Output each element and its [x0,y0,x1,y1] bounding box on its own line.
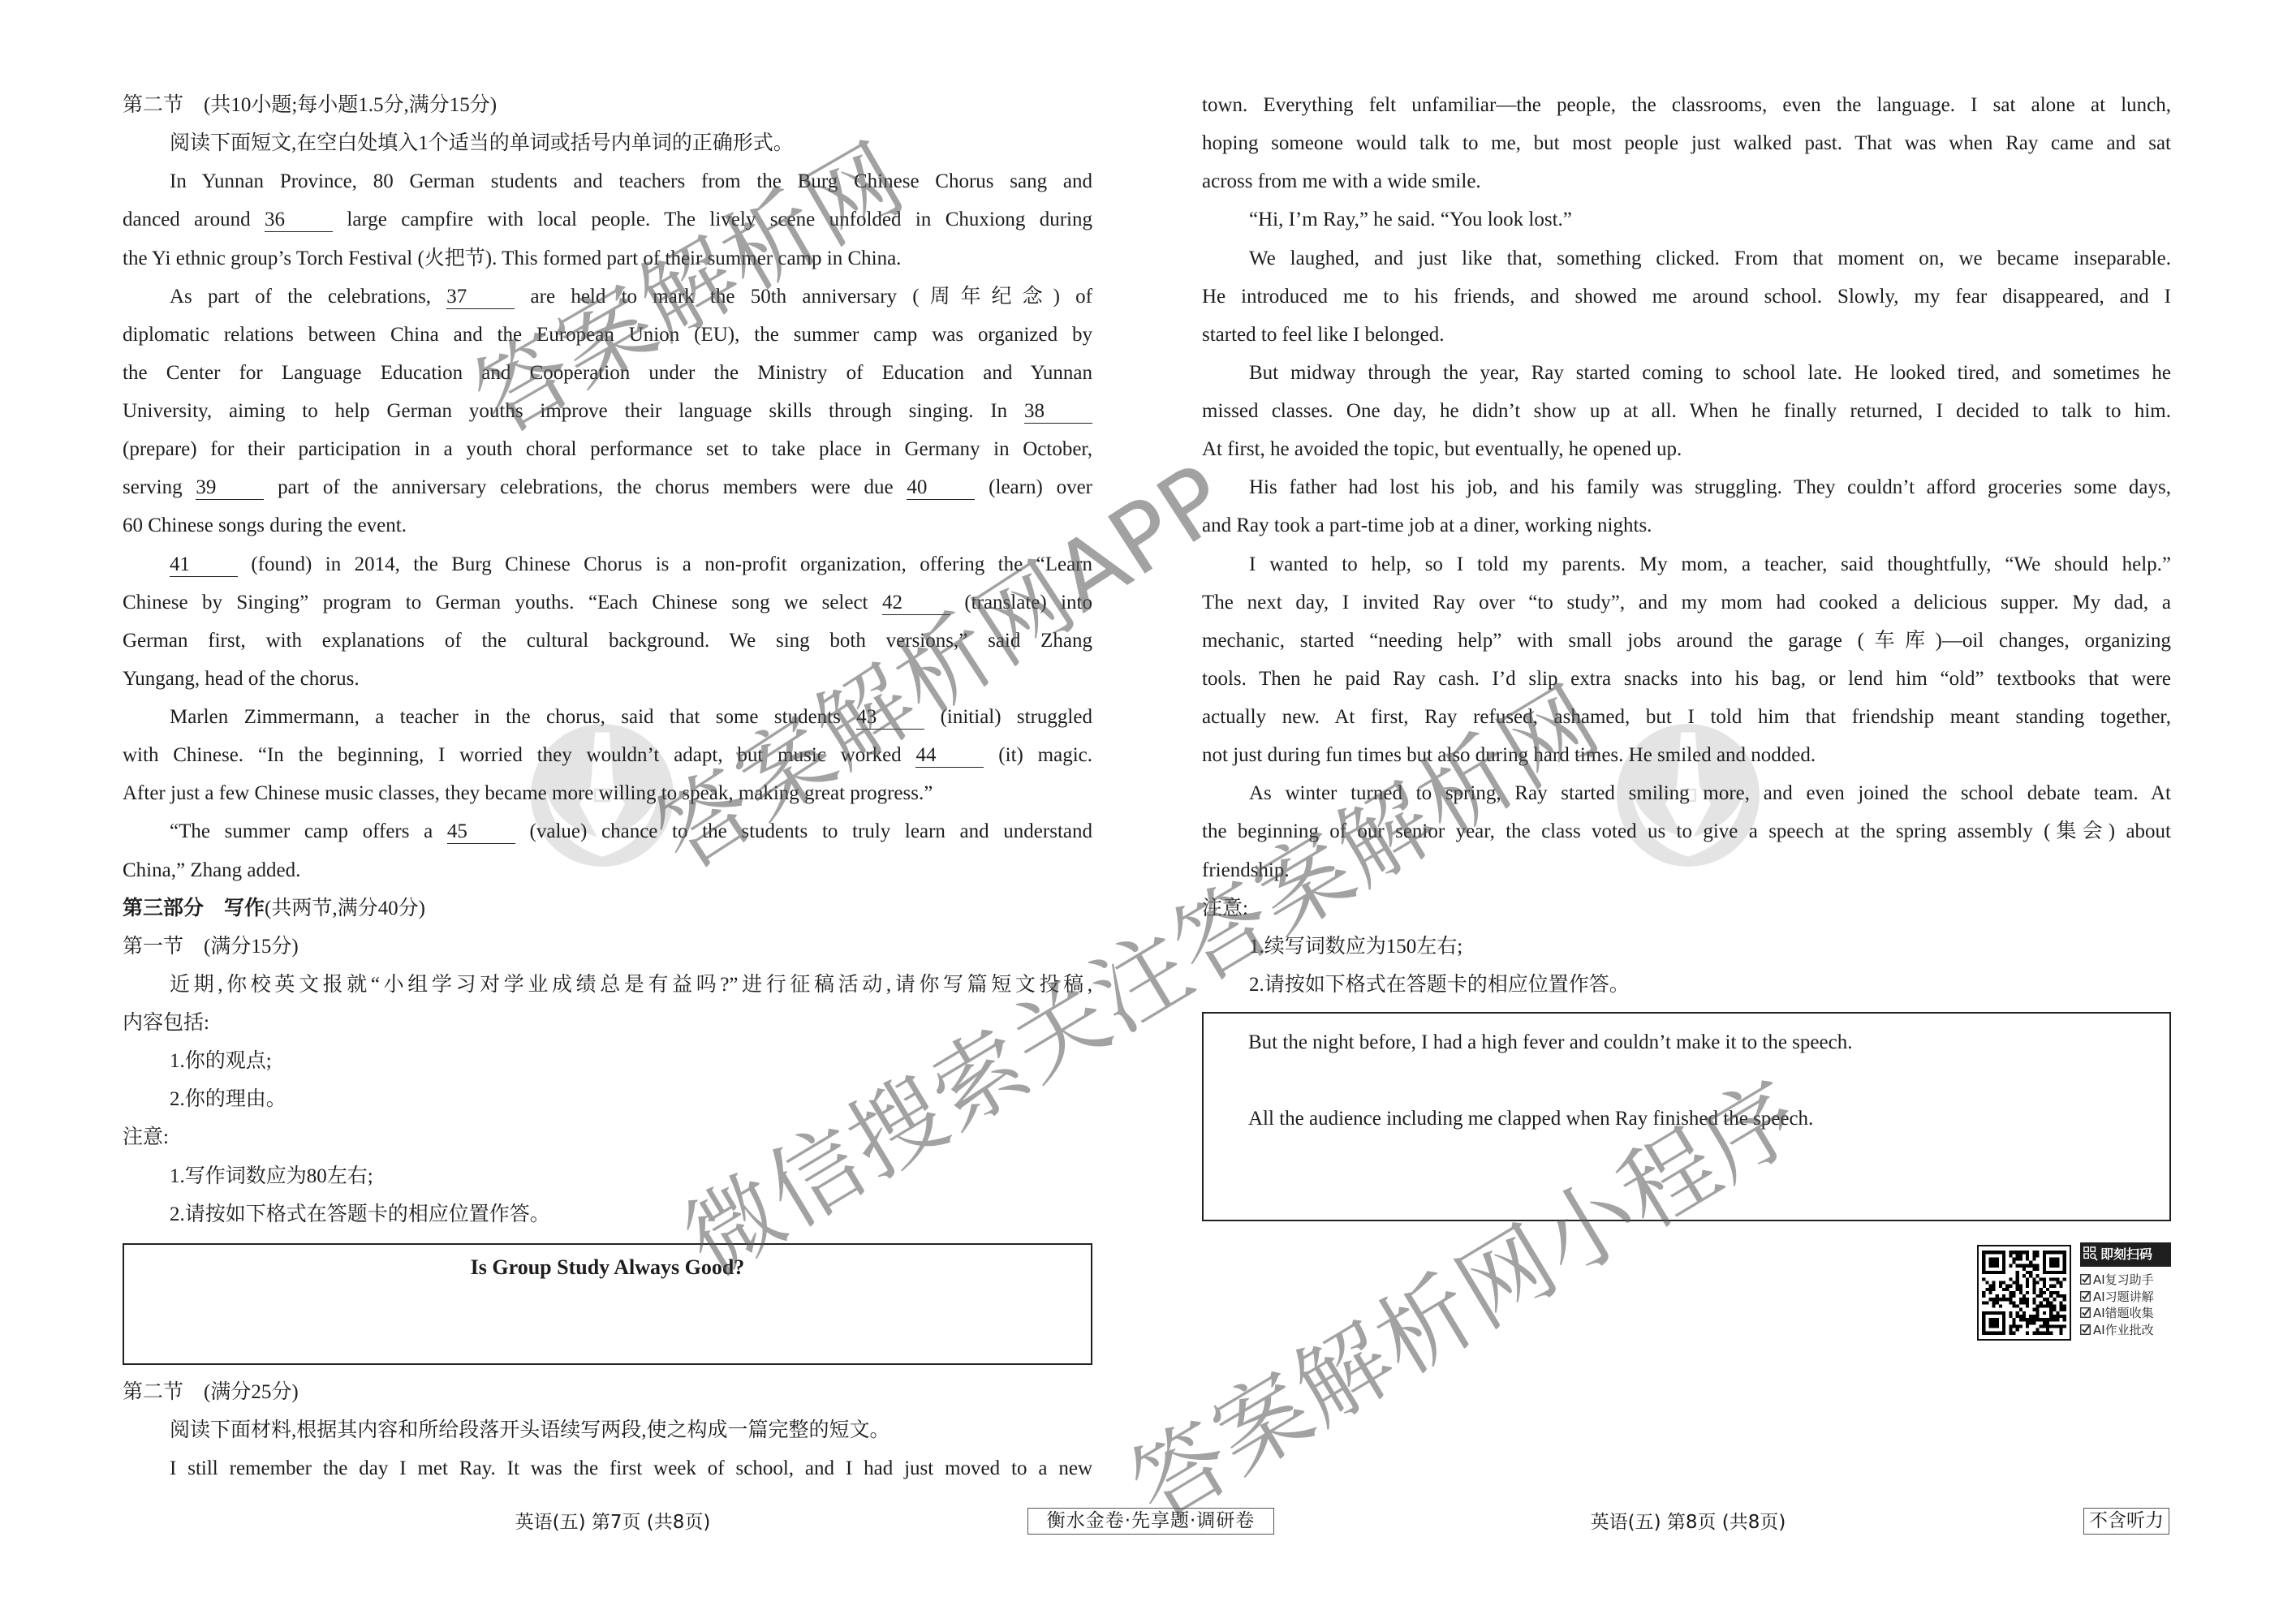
text-run: 2.请按如下格式在答题卡的相应位置作答。 [170,1203,550,1225]
feature-item: AI错题收集 [2080,1305,2173,1322]
text-line: 注意: [123,1118,1092,1156]
text-run: 1.写作词数应为80左右; [170,1165,373,1187]
text-run: (共两节,满分40分) [265,898,425,919]
text-line: But midway through the year, Ray started… [1202,354,2171,392]
no-listening-badge: 不含听力 [2083,1508,2169,1535]
paragraph-opener-1: But the night before, I had a high fever… [1248,1023,2169,1061]
text-line: and Ray took a part-time job at a diner,… [1202,506,2171,545]
scan-now-label: 即刻扫码 [2080,1242,2171,1267]
feature-label: AI错题收集 [2093,1306,2154,1320]
text-line: 第一节 (满分15分) [123,928,1092,966]
text-run: serving [123,476,196,498]
text-line: University, aiming to help German youths… [123,392,1092,430]
answer-blank: 38 [1024,400,1092,424]
text-line: Marlen Zimmermann, a teacher in the chor… [123,698,1092,736]
series-badge: 衡水金卷·先享题·调研卷 [1027,1508,1274,1535]
text-run: and Ray took a part-time job at a diner,… [1202,514,1652,536]
text-line: 41 (found) in 2014, the Burg Chinese Cho… [123,545,1092,583]
checkbox-checked-icon [2080,1291,2091,1302]
qr-code-icon [1977,1245,2071,1341]
text-run: China,” Zhang added. [123,859,300,881]
answer-blank: 39 [196,476,264,500]
text-line: As winter turned to spring, Ray started … [1202,774,2171,812]
text-line: 60 Chinese songs during the event. [123,506,1092,545]
text-line: We laughed, and just like that, somethin… [1202,239,2171,278]
text-line: At first, he avoided the topic, but even… [1202,430,2171,468]
text-line: across from me with a wide smile. [1202,162,2171,200]
answer-blank: 40 [907,476,975,500]
bold-heading: 写作 [224,898,265,919]
text-run: the Yi ethnic group’s Torch Festival (火把… [123,248,901,269]
text-line: He introduced me to his friends, and sho… [1202,278,2171,316]
text-run: diplomatic relations between China and t… [123,324,1092,346]
text-run: with Chinese. “In the beginning, I worri… [123,744,915,766]
text-line: tools. Then he paid Ray cash. I’d slip e… [1202,660,2171,698]
text-line: German first, with explanations of the c… [123,622,1092,660]
text-line: not just during fun times but also durin… [1202,736,2171,774]
answer-blank: 43 [856,706,924,730]
text-run: (initial) struggled [924,706,1092,728]
text-line: the beginning of our senior year, the cl… [1202,812,2171,850]
text-run: missed classes. One day, he didn’t show … [1202,400,2171,422]
text-run: At first, he avoided the topic, but even… [1202,438,1682,460]
grammar-fill-and-writing-instructions: 第二节 (共10小题;每小题1.5分,满分15分)阅读下面短文,在空白处填入1个… [123,86,1092,1233]
text-line: diplomatic relations between China and t… [123,316,1092,354]
text-run: tools. Then he paid Ray cash. I’d slip e… [1202,668,2171,690]
text-run: (prepare) for their participation in a y… [123,438,1092,460]
text-run [204,898,224,919]
paragraph-opener-2: All the audience including me clapped wh… [1248,1100,2169,1138]
text-line: 1.写作词数应为80左右; [123,1157,1092,1195]
text-line: 第二节 (共10小题;每小题1.5分,满分15分) [123,86,1092,124]
text-run: 60 Chinese songs during the event. [123,514,407,536]
text-line: danced around 36 large campfire with loc… [123,200,1092,239]
feature-item: AI习题讲解 [2080,1289,2173,1306]
story-passage: town. Everything felt unfamiliar—the peo… [1202,86,2171,1004]
text-run: As part of the celebrations, [170,286,446,308]
text-line: “Hi, I’m Ray,” he said. “You look lost.” [1202,200,2171,239]
text-line: China,” Zhang added. [123,851,1092,889]
bold-heading: 第三部分 [123,898,204,919]
answer-space [1248,1061,2169,1100]
text-line: Chinese by Singing” program to German yo… [123,583,1092,622]
text-line: 2.你的理由。 [123,1080,1092,1118]
text-line: 第三部分 写作(共两节,满分40分) [123,889,1092,928]
text-run: 1.续写词数应为150左右; [1249,936,1462,958]
text-run: I still remember the day I met Ray. It w… [170,1457,1092,1479]
text-line: 注意: [1202,889,2171,928]
page-number-left: 英语(五) 第7页 (共8页) [369,1509,856,1535]
text-run: started to feel like I belonged. [1202,324,1445,346]
text-run: I wanted to help, so I told my parents. … [1249,553,2171,575]
text-run: 阅读下面短文,在空白处填入1个适当的单词或括号内单词的正确形式。 [170,132,794,154]
ai-scan-promo: 即刻扫码 AI复习助手 AI习题讲解 AI错题收集 AI作业批改 [1977,1242,2172,1341]
text-run: 第一节 (满分15分) [123,936,299,958]
feature-label: AI作业批改 [2093,1323,2154,1337]
text-line: His father had lost his job, and his fam… [1202,468,2171,506]
text-line: Yungang, head of the chorus. [123,660,1092,698]
qr-scan-icon [2083,1246,2098,1261]
text-line: “The summer camp offers a 45 (value) cha… [123,812,1092,850]
text-run: 阅读下面材料,根据其内容和所给段落开头语续写两段,使之构成一篇完整的短文。 [170,1419,890,1441]
text-run: large campfire with local people. The li… [333,209,1092,230]
text-run: actually new. At first, Ray refused, ash… [1202,706,2171,728]
answer-blank: 36 [265,209,333,232]
text-run: But midway through the year, Ray started… [1249,362,2171,384]
text-line: missed classes. One day, he didn’t show … [1202,392,2171,430]
text-run: 注意: [123,1126,169,1148]
answer-blank: 42 [882,592,950,615]
text-line: 第二节 (满分25分) [123,1373,1092,1411]
text-line: serving 39 part of the anniversary celeb… [123,468,1092,506]
text-line: actually new. At first, Ray refused, ash… [1202,698,2171,736]
text-line: town. Everything felt unfamiliar—the peo… [1202,86,2171,124]
continuation-answer-box: But the night before, I had a high fever… [1202,1012,2171,1221]
text-line: 1.你的观点; [123,1042,1092,1080]
text-run: He introduced me to his friends, and sho… [1202,286,2171,308]
checkbox-checked-icon [2080,1307,2091,1318]
writing-answer-box: Is Group Study Always Good? [123,1243,1092,1365]
right-page-column: town. Everything felt unfamiliar—the peo… [1202,86,2171,1221]
text-run: As winter turned to spring, Ray started … [1249,782,2171,804]
answer-blank: 44 [915,744,984,768]
text-run: (learn) over [975,476,1092,498]
text-run: 2.你的理由。 [170,1088,286,1110]
text-run: (it) magic. [984,744,1092,766]
text-run: part of the anniversary celebrations, th… [264,476,907,498]
text-line: As part of the celebrations, 37 are held… [123,278,1092,316]
text-line: mechanic, started “needing help” with sm… [1202,622,2171,660]
text-run: 1.你的观点; [170,1050,272,1072]
left-page-column: 第二节 (共10小题;每小题1.5分,满分15分)阅读下面短文,在空白处填入1个… [123,86,1092,1487]
text-run: across from me with a wide smile. [1202,170,1481,192]
feature-label: AI复习助手 [2093,1272,2154,1287]
text-run: mechanic, started “needing help” with sm… [1202,630,2171,652]
text-line: 1.续写词数应为150左右; [1202,928,2171,966]
text-run: hoping someone would talk to me, but mos… [1202,132,2171,154]
feature-item: AI复习助手 [2080,1272,2173,1289]
scan-label-text: 即刻扫码 [2100,1246,2152,1262]
text-line: 阅读下面短文,在空白处填入1个适当的单词或括号内单词的正确形式。 [123,124,1092,162]
text-line: 2.请按如下格式在答题卡的相应位置作答。 [123,1195,1092,1233]
text-line: In Yunnan Province, 80 German students a… [123,162,1092,200]
text-line: I still remember the day I met Ray. It w… [123,1449,1092,1487]
checkbox-checked-icon [2080,1274,2091,1285]
text-run: 近期,你校英文报就“小组学习对学业成绩总是有益吗?”进行征稿活动,请你写篇短文投… [170,974,1092,996]
text-run: “Hi, I’m Ray,” he said. “You look lost.” [1249,209,1572,230]
text-run: town. Everything felt unfamiliar—the peo… [1202,94,2171,116]
feature-item: AI作业批改 [2080,1322,2173,1339]
text-run: are held to mark the 50th anniversary (周… [515,286,1092,308]
text-line: the Yi ethnic group’s Torch Festival (火把… [123,239,1092,278]
text-run: (translate) into [950,592,1092,613]
answer-blank: 41 [170,553,238,577]
text-run: (value) chance to the students to truly … [515,820,1092,842]
text-line: 近期,你校英文报就“小组学习对学业成绩总是有益吗?”进行征稿活动,请你写篇短文投… [123,966,1092,1004]
text-run: Yungang, head of the chorus. [123,668,360,690]
text-run: 内容包括: [123,1012,209,1034]
answer-blank: 45 [447,820,515,844]
text-run: University, aiming to help German youths… [123,400,1024,422]
text-run: 第二节 (共10小题;每小题1.5分,满分15分) [123,94,497,116]
answer-blank: 37 [446,286,515,309]
continuation-writing-intro: 第二节 (满分25分)阅读下面材料,根据其内容和所给段落开头语续写两段,使之构成… [123,1373,1092,1487]
text-run: In Yunnan Province, 80 German students a… [170,170,1092,192]
text-run: The next day, I invited Ray over “to stu… [1202,592,2171,613]
text-line: hoping someone would talk to me, but mos… [1202,124,2171,162]
text-line: 2.请按如下格式在答题卡的相应位置作答。 [1202,966,2171,1004]
text-line: started to feel like I belonged. [1202,316,2171,354]
text-line: friendship. [1202,851,2171,889]
text-run: After just a few Chinese music classes, … [123,782,933,804]
text-line: I wanted to help, so I told my parents. … [1202,545,2171,583]
text-run: friendship. [1202,859,1290,881]
text-run: We laughed, and just like that, somethin… [1249,248,2171,269]
page-number-right: 英语(五) 第8页 (共8页) [1445,1509,1932,1535]
text-line: 阅读下面材料,根据其内容和所给段落开头语续写两段,使之构成一篇完整的短文。 [123,1411,1092,1449]
text-line: 内容包括: [123,1004,1092,1042]
text-run: 2.请按如下格式在答题卡的相应位置作答。 [1249,974,1630,996]
qr-code-image [1979,1246,2070,1339]
text-line: with Chinese. “In the beginning, I worri… [123,736,1092,774]
text-line: The next day, I invited Ray over “to stu… [1202,583,2171,622]
text-run: German first, with explanations of the c… [123,630,1092,652]
text-run: “The summer camp offers a [170,820,447,842]
text-run: His father had lost his job, and his fam… [1249,476,2171,498]
text-run: 注意: [1202,898,1248,919]
text-run: (found) in 2014, the Burg Chinese Chorus… [238,553,1092,575]
text-run: danced around [123,209,265,230]
text-run: the beginning of our senior year, the cl… [1202,820,2171,842]
checkbox-checked-icon [2080,1324,2091,1335]
text-line: After just a few Chinese music classes, … [123,774,1092,812]
text-line: the Center for Language Education and Co… [123,354,1092,392]
text-run: Marlen Zimmermann, a teacher in the chor… [170,706,856,728]
text-line: (prepare) for their participation in a y… [123,430,1092,468]
feature-label: AI习题讲解 [2093,1289,2154,1304]
text-run: the Center for Language Education and Co… [123,362,1092,384]
text-run: Chinese by Singing” program to German yo… [123,592,882,613]
text-run: not just during fun times but also durin… [1202,744,1816,766]
ai-feature-list: AI复习助手 AI习题讲解 AI错题收集 AI作业批改 [2080,1272,2173,1339]
text-run: 第二节 (满分25分) [123,1381,299,1403]
writing-box-title: Is Group Study Always Good? [124,1248,1091,1286]
